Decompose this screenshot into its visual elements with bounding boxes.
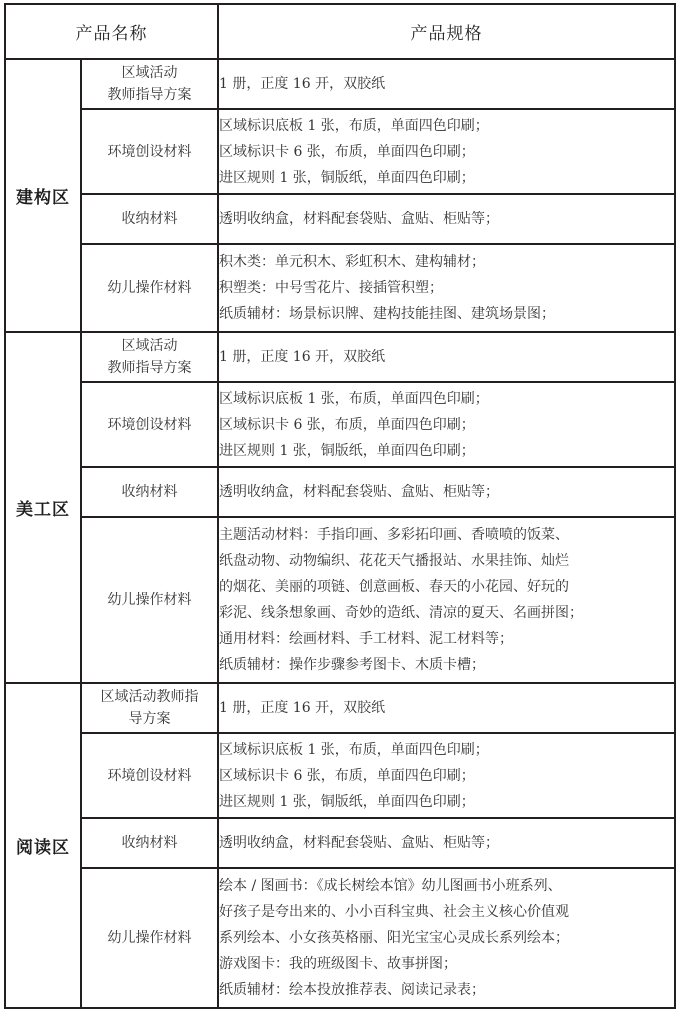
item-name: 收纳材料 xyxy=(81,818,218,868)
spec-line: 区域标识底板 1 张，布质，单面四色印刷； xyxy=(219,737,674,763)
table-row: 收纳材料 透明收纳盒，材料配套袋贴、盒贴、柜贴等； xyxy=(5,818,675,868)
table-row: 幼儿操作材料 主题活动材料：手指印画、多彩拓印画、香喷喷的饭菜、 纸盘动物、动物… xyxy=(5,517,675,683)
item-name-line: 区域活动 xyxy=(82,335,217,357)
item-name: 区域活动教师指 导方案 xyxy=(81,683,218,733)
spec-line: 区域标识卡 6 张，布质，单面四色印刷； xyxy=(219,412,674,438)
spec-line: 透明收纳盒，材料配套袋贴、盒贴、柜贴等； xyxy=(219,830,674,856)
item-spec: 主题活动材料：手指印画、多彩拓印画、香喷喷的饭菜、 纸盘动物、动物编织、花花天气… xyxy=(218,517,675,683)
item-name-line: 区域活动教师指 xyxy=(82,686,217,708)
item-name: 环境创设材料 xyxy=(81,382,218,467)
table-row: 美工区 区域活动 教师指导方案 1 册，正度 16 开，双胶纸 xyxy=(5,332,675,382)
item-name-line: 教师指导方案 xyxy=(82,357,217,379)
table-header-row: 产品名称 产品规格 xyxy=(5,4,675,59)
table-row: 建构区 区域活动 教师指导方案 1 册，正度 16 开，双胶纸 xyxy=(5,59,675,109)
spec-line: 区域标识卡 6 张，布质，单面四色印刷； xyxy=(219,139,674,165)
item-spec: 区域标识底板 1 张，布质，单面四色印刷； 区域标识卡 6 张，布质，单面四色印… xyxy=(218,382,675,467)
zone-label: 阅读区 xyxy=(5,683,81,1008)
spec-line: 好孩子是夸出来的、小小百科宝典、社会主义核心价值观 xyxy=(219,899,674,925)
item-name: 收纳材料 xyxy=(81,467,218,517)
item-name: 环境创设材料 xyxy=(81,109,218,194)
spec-line: 进区规则 1 张，铜版纸，单面四色印刷； xyxy=(219,789,674,815)
spec-line: 透明收纳盒，材料配套袋贴、盒贴、柜贴等； xyxy=(219,479,674,505)
spec-line: 积木类：单元积木、彩虹积木、建构辅材； xyxy=(219,249,674,275)
spec-line: 的烟花、美丽的项链、创意画板、春天的小花园、好玩的 xyxy=(219,574,674,600)
spec-line: 游戏图卡：我的班级图卡、故事拼图； xyxy=(219,951,674,977)
spec-line: 区域标识卡 6 张，布质，单面四色印刷； xyxy=(219,763,674,789)
product-spec-table: 产品名称 产品规格 建构区 区域活动 教师指导方案 1 册，正度 16 开，双胶… xyxy=(4,3,676,1009)
item-name: 区域活动 教师指导方案 xyxy=(81,332,218,382)
spec-line: 纸盘动物、动物编织、花花天气播报站、水果挂饰、灿烂 xyxy=(219,548,674,574)
item-spec: 1 册，正度 16 开，双胶纸 xyxy=(218,59,675,109)
header-product-name: 产品名称 xyxy=(5,4,218,59)
item-name: 区域活动 教师指导方案 xyxy=(81,59,218,109)
table-body: 建构区 区域活动 教师指导方案 1 册，正度 16 开，双胶纸 环境创设材料 区… xyxy=(5,59,675,1008)
spec-line: 通用材料：绘画材料、手工材料、泥工材料等； xyxy=(219,626,674,652)
item-name: 收纳材料 xyxy=(81,194,218,244)
spec-line: 纸质辅材：操作步骤参考图卡、木质卡槽； xyxy=(219,652,674,678)
spec-line: 进区规则 1 张，铜版纸，单面四色印刷； xyxy=(219,165,674,191)
zone-label: 美工区 xyxy=(5,332,81,683)
item-name: 幼儿操作材料 xyxy=(81,517,218,683)
item-spec: 区域标识底板 1 张，布质，单面四色印刷； 区域标识卡 6 张，布质，单面四色印… xyxy=(218,109,675,194)
spec-line: 绘本 / 图画书：《成长树绘本馆》幼儿图画书小班系列、 xyxy=(219,873,674,899)
spec-line: 1 册，正度 16 开，双胶纸 xyxy=(219,71,674,97)
table-row: 阅读区 区域活动教师指 导方案 1 册，正度 16 开，双胶纸 xyxy=(5,683,675,733)
spec-line: 纸质辅材：绘本投放推荐表、阅读记录表； xyxy=(219,977,674,1003)
item-spec: 1 册，正度 16 开，双胶纸 xyxy=(218,683,675,733)
table-row: 环境创设材料 区域标识底板 1 张，布质，单面四色印刷； 区域标识卡 6 张，布… xyxy=(5,109,675,194)
spec-line: 纸质辅材：场景标识牌、建构技能挂图、建筑场景图； xyxy=(219,301,674,327)
table-row: 幼儿操作材料 积木类：单元积木、彩虹积木、建构辅材； 积塑类：中号雪花片、接插管… xyxy=(5,244,675,332)
spec-line: 区域标识底板 1 张，布质，单面四色印刷； xyxy=(219,113,674,139)
spec-line: 系列绘本、小女孩英格丽、阳光宝宝心灵成长系列绘本； xyxy=(219,925,674,951)
spec-line: 彩泥、线条想象画、奇妙的造纸、清凉的夏天、名画拼图； xyxy=(219,600,674,626)
item-spec: 绘本 / 图画书：《成长树绘本馆》幼儿图画书小班系列、 好孩子是夸出来的、小小百… xyxy=(218,868,675,1008)
spec-line: 1 册，正度 16 开，双胶纸 xyxy=(219,695,674,721)
table-row: 收纳材料 透明收纳盒，材料配套袋贴、盒贴、柜贴等； xyxy=(5,467,675,517)
item-spec: 积木类：单元积木、彩虹积木、建构辅材； 积塑类：中号雪花片、接插管积塑； 纸质辅… xyxy=(218,244,675,332)
spec-line: 进区规则 1 张，铜版纸，单面四色印刷； xyxy=(219,438,674,464)
spec-line: 主题活动材料：手指印画、多彩拓印画、香喷喷的饭菜、 xyxy=(219,522,674,548)
item-name-line: 导方案 xyxy=(82,708,217,730)
item-spec: 区域标识底板 1 张，布质，单面四色印刷； 区域标识卡 6 张，布质，单面四色印… xyxy=(218,733,675,818)
item-name-line: 教师指导方案 xyxy=(82,84,217,106)
item-spec: 透明收纳盒，材料配套袋贴、盒贴、柜贴等； xyxy=(218,194,675,244)
header-product-spec: 产品规格 xyxy=(218,4,675,59)
table-row: 幼儿操作材料 绘本 / 图画书：《成长树绘本馆》幼儿图画书小班系列、 好孩子是夸… xyxy=(5,868,675,1008)
table-row: 收纳材料 透明收纳盒，材料配套袋贴、盒贴、柜贴等； xyxy=(5,194,675,244)
item-name-line: 区域活动 xyxy=(82,62,217,84)
spec-line: 1 册，正度 16 开，双胶纸 xyxy=(219,344,674,370)
table-row: 环境创设材料 区域标识底板 1 张，布质，单面四色印刷； 区域标识卡 6 张，布… xyxy=(5,382,675,467)
item-name: 环境创设材料 xyxy=(81,733,218,818)
zone-label: 建构区 xyxy=(5,59,81,332)
item-spec: 透明收纳盒，材料配套袋贴、盒贴、柜贴等； xyxy=(218,467,675,517)
item-name: 幼儿操作材料 xyxy=(81,244,218,332)
spec-line: 透明收纳盒，材料配套袋贴、盒贴、柜贴等； xyxy=(219,206,674,232)
table-row: 环境创设材料 区域标识底板 1 张，布质，单面四色印刷； 区域标识卡 6 张，布… xyxy=(5,733,675,818)
spec-line: 积塑类：中号雪花片、接插管积塑； xyxy=(219,275,674,301)
spec-line: 区域标识底板 1 张，布质，单面四色印刷； xyxy=(219,386,674,412)
item-name: 幼儿操作材料 xyxy=(81,868,218,1008)
item-spec: 1 册，正度 16 开，双胶纸 xyxy=(218,332,675,382)
item-spec: 透明收纳盒，材料配套袋贴、盒贴、柜贴等； xyxy=(218,818,675,868)
